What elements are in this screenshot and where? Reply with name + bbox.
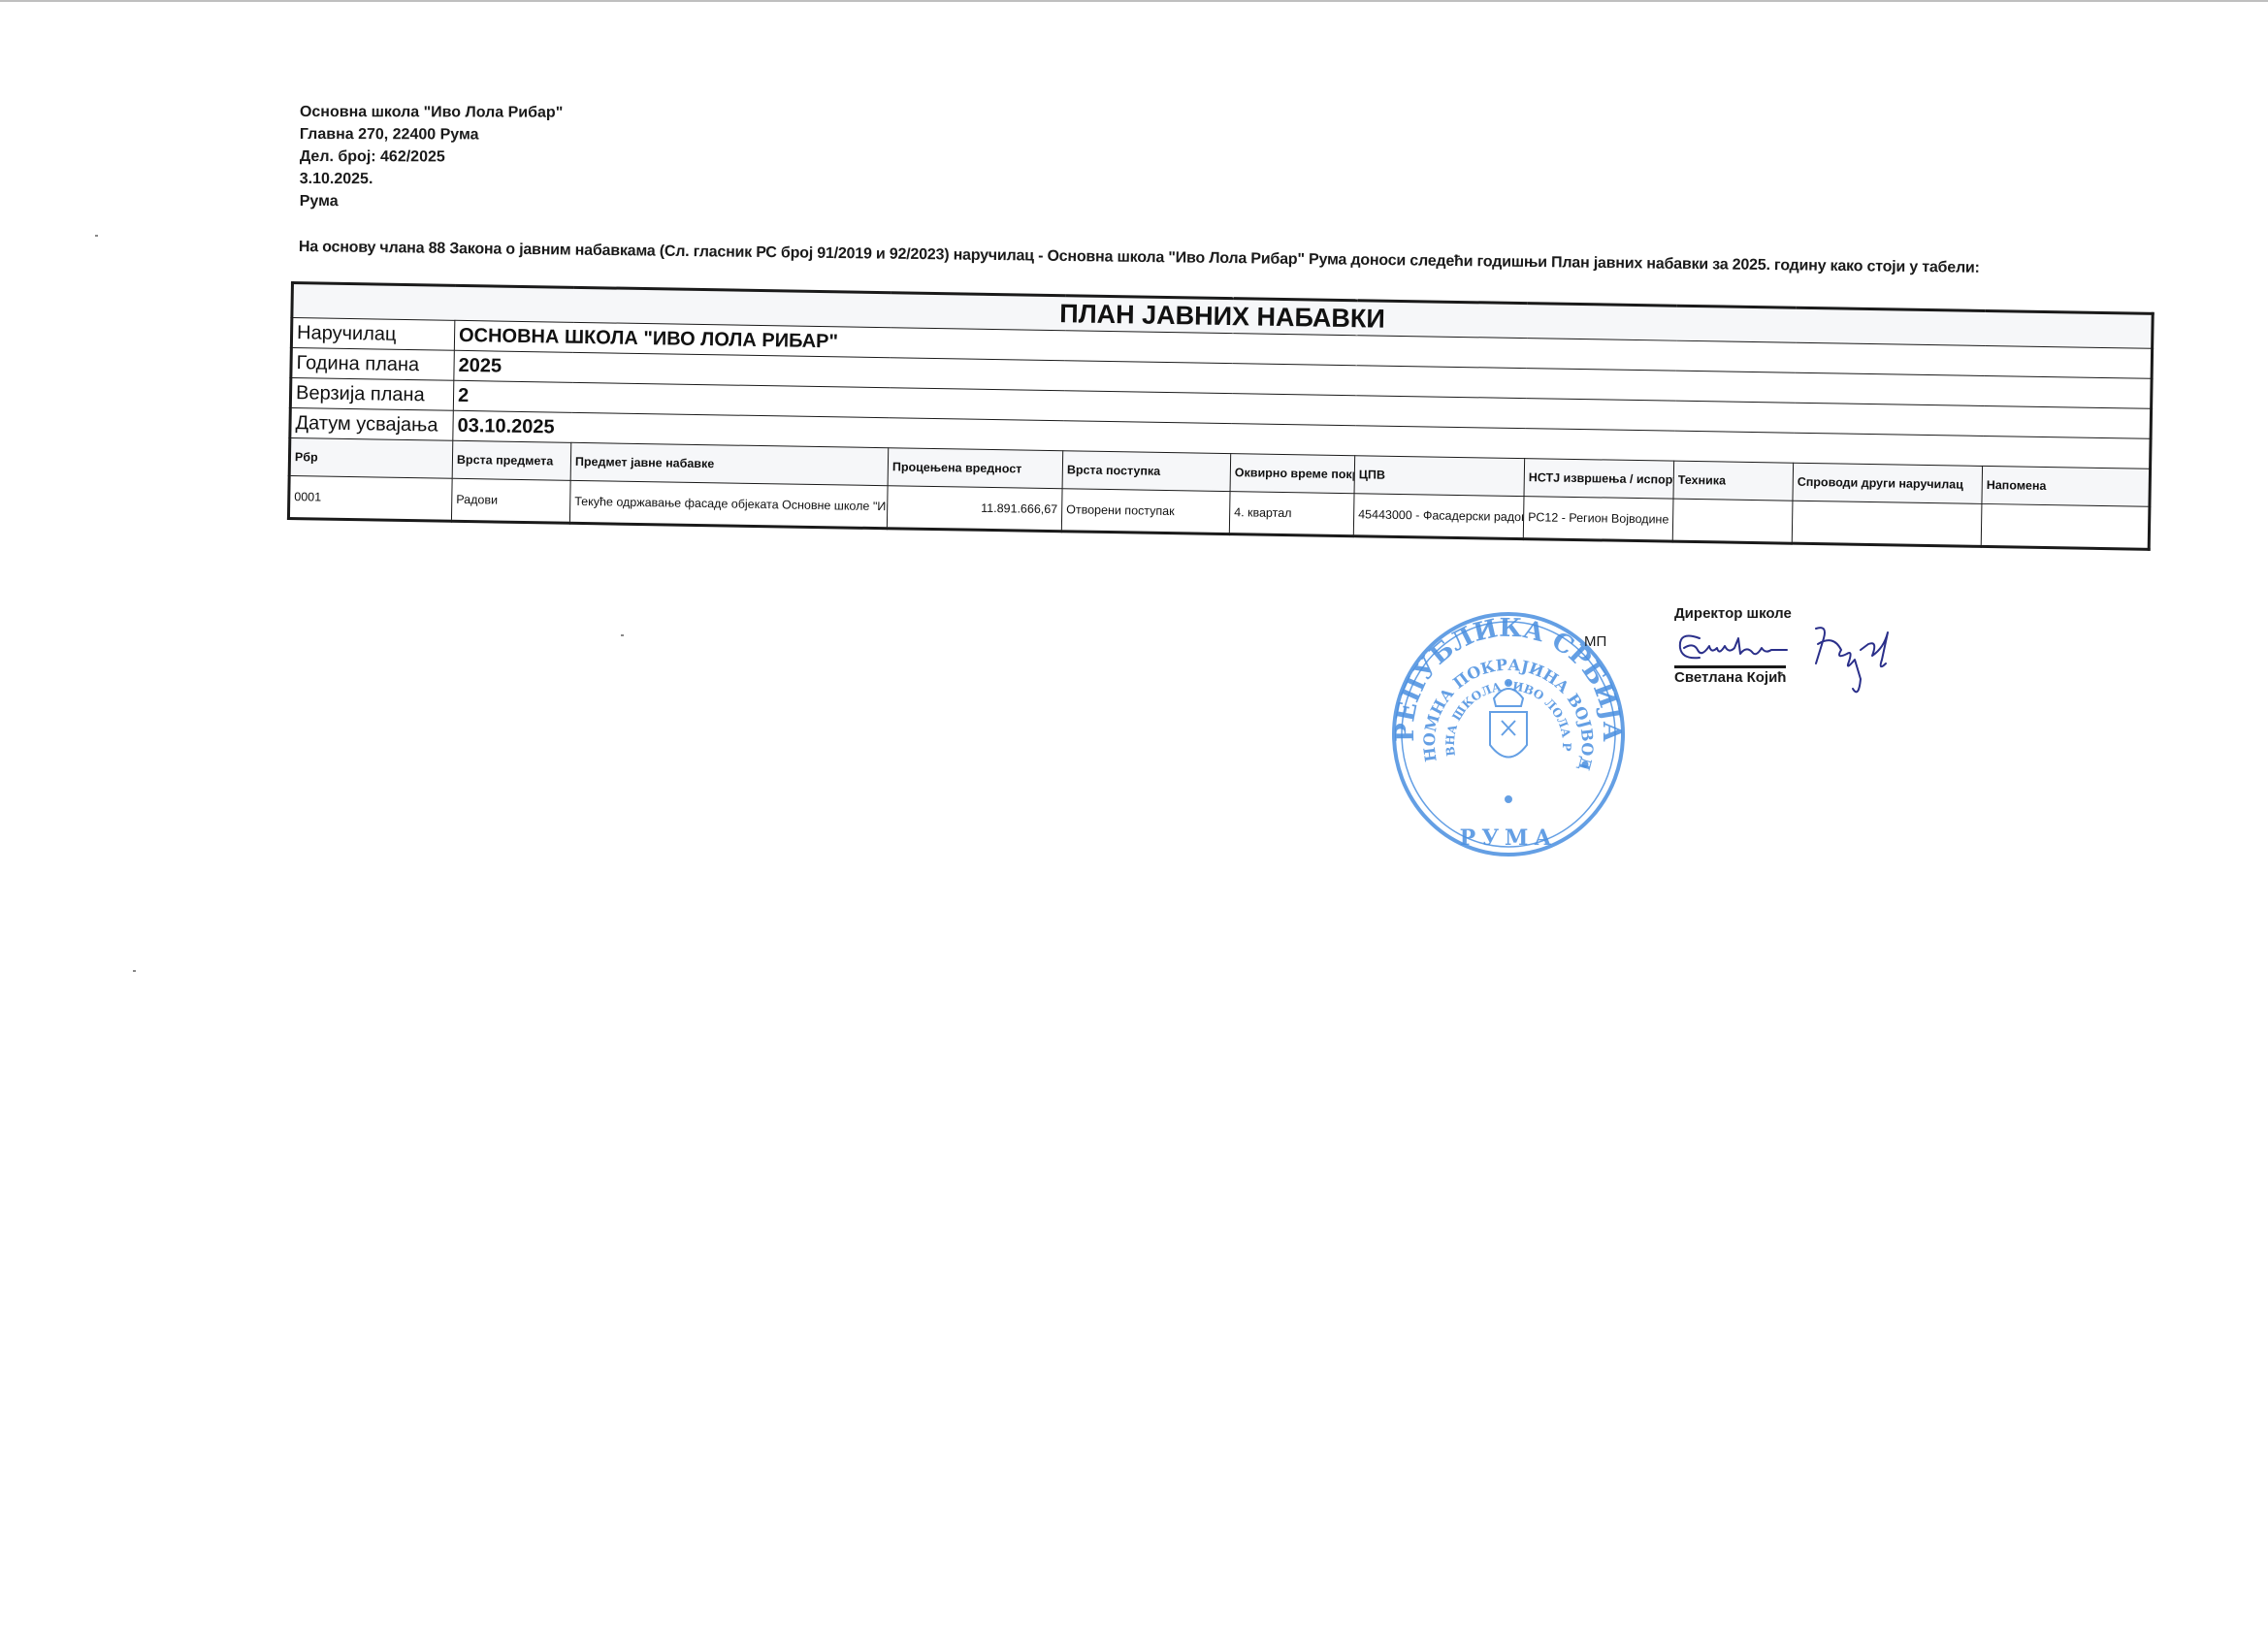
- scan-speck: [133, 970, 136, 972]
- column-header: Спроводи други наручилац: [1793, 463, 1983, 503]
- scan-edge: [0, 0, 2268, 2]
- column-header: ЦПВ: [1354, 456, 1525, 497]
- director-name: Светлана Којић: [1674, 669, 1786, 686]
- intro-paragraph: На основу члана 88 Закона о јавним набав…: [299, 239, 1980, 277]
- cell-estimated-value: 11.891.666,67: [887, 486, 1062, 532]
- school-address: Главна 270, 22400 Рума: [300, 123, 563, 146]
- column-header: Рбр: [289, 438, 453, 479]
- cell-subject-type: Радови: [451, 478, 570, 523]
- scan-speck: [621, 634, 624, 636]
- sender-header: Основна школа "Иво Лола Рибар" Главна 27…: [300, 101, 564, 213]
- column-header: Техника: [1673, 461, 1794, 501]
- cell-procedure-type: Отворени поступак: [1061, 489, 1230, 534]
- cell-launch-time: 4. квартал: [1229, 492, 1354, 536]
- cell-cpv: 45443000 - Фасадерски радови: [1353, 494, 1524, 539]
- meta-label-adoption-date: Датум усвајања: [290, 408, 453, 441]
- director-title: Директор школе: [1674, 605, 1792, 622]
- column-header: Оквирно време покретања: [1230, 454, 1355, 494]
- column-header: Процењена вредност: [888, 448, 1063, 489]
- procurement-plan: ПЛАН ЈАВНИХ НАБАВКИ Наручилац ОСНОВНА ШК…: [287, 281, 2152, 551]
- document-date: 3.10.2025.: [300, 168, 563, 191]
- scan-speck: [95, 235, 98, 237]
- column-header: НСТЈ извршења / испоруке: [1524, 459, 1674, 500]
- meta-label-year: Година плана: [291, 348, 454, 381]
- cell-nuts: РС12 - Регион Војводине: [1523, 497, 1673, 542]
- cell-number: 0001: [288, 475, 452, 521]
- procurement-plan-table: ПЛАН ЈАВНИХ НАБАВКИ Наручилац ОСНОВНА ШК…: [287, 281, 2155, 551]
- school-name: Основна школа "Иво Лола Рибар": [300, 101, 563, 124]
- cell-technique: [1672, 499, 1793, 543]
- signature-line: [1674, 665, 1786, 668]
- reference-number: Дел. број: 462/2025: [300, 145, 563, 169]
- cell-subject: Текуће одржавање фасаде објеката Основне…: [569, 480, 888, 528]
- meta-label-version: Верзија плана: [290, 378, 453, 411]
- document-city: Рума: [300, 190, 563, 213]
- column-header: Напомена: [1982, 466, 2151, 506]
- meta-label-buyer: Наручилац: [291, 318, 454, 351]
- stamp-mark-label: МП: [1584, 633, 1606, 650]
- cell-other-buyer: [1792, 501, 1982, 546]
- stamp-bottom-text: РУМА: [1460, 825, 1558, 851]
- column-header: Врста предмета: [452, 440, 571, 480]
- column-header: Врста поступка: [1062, 451, 1231, 492]
- column-header: Предмет јавне набавке: [570, 442, 889, 485]
- cell-note: [1981, 503, 2150, 549]
